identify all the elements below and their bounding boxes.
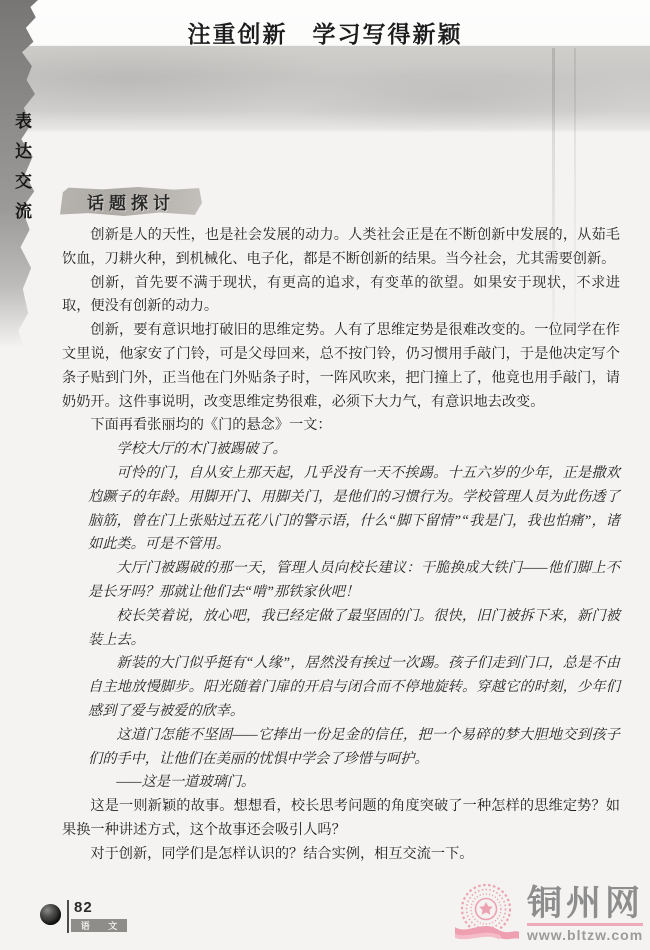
section-stamp-label: 话题探讨 bbox=[87, 189, 175, 214]
paragraph-discussion-question: 对于创新，同学们是怎样认识的？结合实例，相互交流一下。 bbox=[62, 843, 620, 867]
paragraph: 创新是人的天性，也是社会发展的动力。人类社会正是在不断创新中发展的，从茹毛饮血，… bbox=[62, 224, 620, 272]
paragraph-lead-in: 下面再看张丽均的《门的悬念》一文： bbox=[62, 414, 620, 438]
subject-badge-label: 语 文 bbox=[73, 919, 126, 932]
quoted-essay-paragraph: 学校大厅的木门被踢破了。 bbox=[88, 438, 620, 462]
page-title: 注重创新 学习写得新颖 bbox=[0, 16, 650, 49]
quoted-essay-paragraph: 可怜的门，自从安上那天起，几乎没有一天不挨踢。十五六岁的少年，正是撒欢尥蹶子的年… bbox=[88, 462, 620, 557]
page-number: 82 bbox=[74, 899, 93, 916]
quoted-essay-ending-line: ——这是一道玻璃门。 bbox=[88, 771, 620, 795]
footer-divider bbox=[67, 900, 69, 933]
quoted-essay-paragraph: 这道门怎能不坚固——它捧出一份足金的信任，把一个易碎的梦大胆地交到孩子们的手中，… bbox=[88, 724, 620, 772]
watermark-site-name: 铜州网 bbox=[527, 886, 644, 922]
quoted-essay-paragraph: 校长笑着说，放心吧，我已经定做了最坚固的门。很快，旧门被拆下来，新门被装上去。 bbox=[88, 605, 620, 653]
paragraph: 创新，首先要不满于现状，有更高的追求，有变革的欲望。如果安于现状，不求进取，便没… bbox=[62, 272, 620, 320]
body-text: 创新是人的天性，也是社会发展的动力。人类社会正是在不断创新中发展的，从茹毛饮血，… bbox=[62, 224, 620, 867]
watermark-text: 铜州网 www.bltzw.com bbox=[527, 886, 644, 943]
footer-ball-icon bbox=[40, 904, 61, 925]
subject-badge: 语 文 bbox=[71, 919, 127, 932]
paragraph-discussion-question: 这是一则新颖的故事。想想看，校长思考问题的角度突破了一种怎样的思维定势？如果换一… bbox=[62, 795, 620, 843]
watermark-site-url: www.bltzw.com bbox=[527, 923, 643, 943]
section-stamp: 话题探讨 bbox=[60, 187, 202, 216]
sidebar-unit-label: 表达交流 bbox=[9, 112, 34, 232]
textbook-page: 注重创新 学习写得新颖 表达交流 话题探讨 创新是人的天性，也是社会发展的动力。… bbox=[0, 0, 650, 950]
quoted-essay-paragraph: 新装的大门似乎挺有“人缘”，居然没有挨过一次踢。孩子们走到门口，总是不由自主地放… bbox=[88, 652, 620, 723]
watermark-medallion-icon bbox=[455, 882, 519, 946]
paragraph: 创新，要有意识地打破旧的思维定势。人有了思维定势是很难改变的。一位同学在作文里说… bbox=[62, 319, 620, 414]
watermark: 铜州网 www.bltzw.com bbox=[455, 882, 644, 946]
quoted-essay-paragraph: 大厅门被踢破的那一天，管理人员向校长建议：干脆换成大铁门——他们脚上不是长牙吗？… bbox=[88, 557, 620, 605]
